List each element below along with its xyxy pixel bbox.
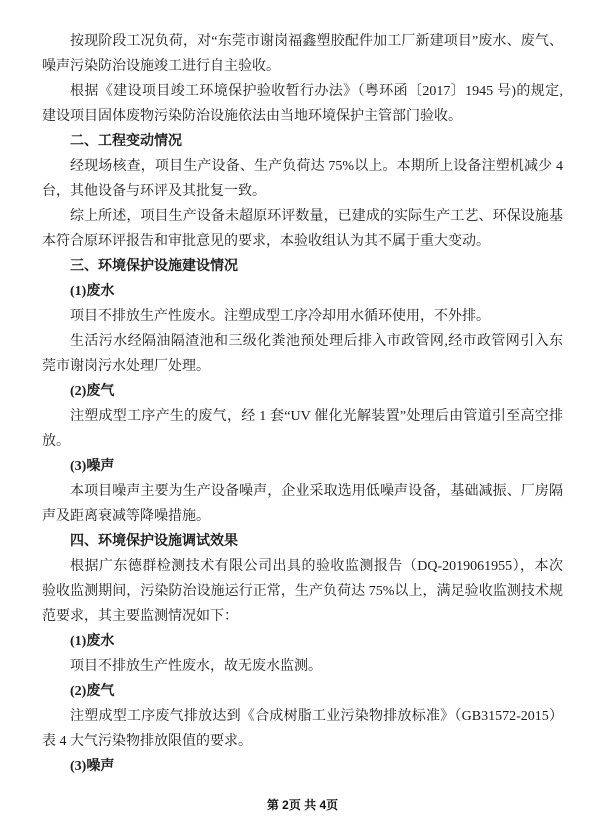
document-page: 按现阶段工况负荷，对“东莞市谢岗福鑫塑胶配件加工厂新建项目”废水、废气、噪声污染…: [0, 0, 605, 838]
section-heading: (1)废水: [42, 629, 563, 654]
section-heading: (1)废水: [42, 279, 563, 304]
paragraph: 注塑成型工序产生的废气，经 1 套“UV 催化光解装置”处理后由管道引至高空排放…: [42, 404, 563, 454]
paragraph: 注塑成型工序废气排放达到《合成树脂工业污染物排放标准》（GB31572-2015…: [42, 704, 563, 754]
page-footer: 第 2页 共 4页: [0, 796, 605, 813]
paragraph: 生活污水经隔油隔渣池和三级化粪池预处理后排入市政管网,经市政管网引入东莞市谢岗污…: [42, 329, 563, 379]
paragraph: 根据《建设项目竣工环境保护验收暂行办法》（粤环函〔2017〕1945 号)的规定…: [42, 79, 563, 129]
document-body: 按现阶段工况负荷，对“东莞市谢岗福鑫塑胶配件加工厂新建项目”废水、废气、噪声污染…: [42, 29, 563, 779]
paragraph: 项目不排放生产性废水，故无废水监测。: [42, 654, 563, 679]
section-heading: (3)噪声: [42, 754, 563, 779]
paragraph: 根据广东德群检测技术有限公司出具的验收监测报告（DQ-2019061955），本…: [42, 554, 563, 629]
paragraph: 经现场核查，项目生产设备、生产负荷达 75%以上。本期所上设备注塑机减少 4 台…: [42, 154, 563, 204]
section-heading: 二、工程变动情况: [42, 129, 563, 154]
paragraph: 本项目噪声主要为生产设备噪声，企业采取选用低噪声设备，基础减振、厂房隔声及距离衰…: [42, 479, 563, 529]
paragraph: 综上所述，项目生产设备未超原环评数量，已建成的实际生产工艺、环保设施基本符合原环…: [42, 204, 563, 254]
section-heading: (2)废气: [42, 379, 563, 404]
section-heading: (2)废气: [42, 679, 563, 704]
section-heading: 三、环境保护设施建设情况: [42, 254, 563, 279]
section-heading: (3)噪声: [42, 454, 563, 479]
section-heading: 四、环境保护设施调试效果: [42, 529, 563, 554]
paragraph: 按现阶段工况负荷，对“东莞市谢岗福鑫塑胶配件加工厂新建项目”废水、废气、噪声污染…: [42, 29, 563, 79]
paragraph: 项目不排放生产性废水。注塑成型工序冷却用水循环使用，不外排。: [42, 304, 563, 329]
